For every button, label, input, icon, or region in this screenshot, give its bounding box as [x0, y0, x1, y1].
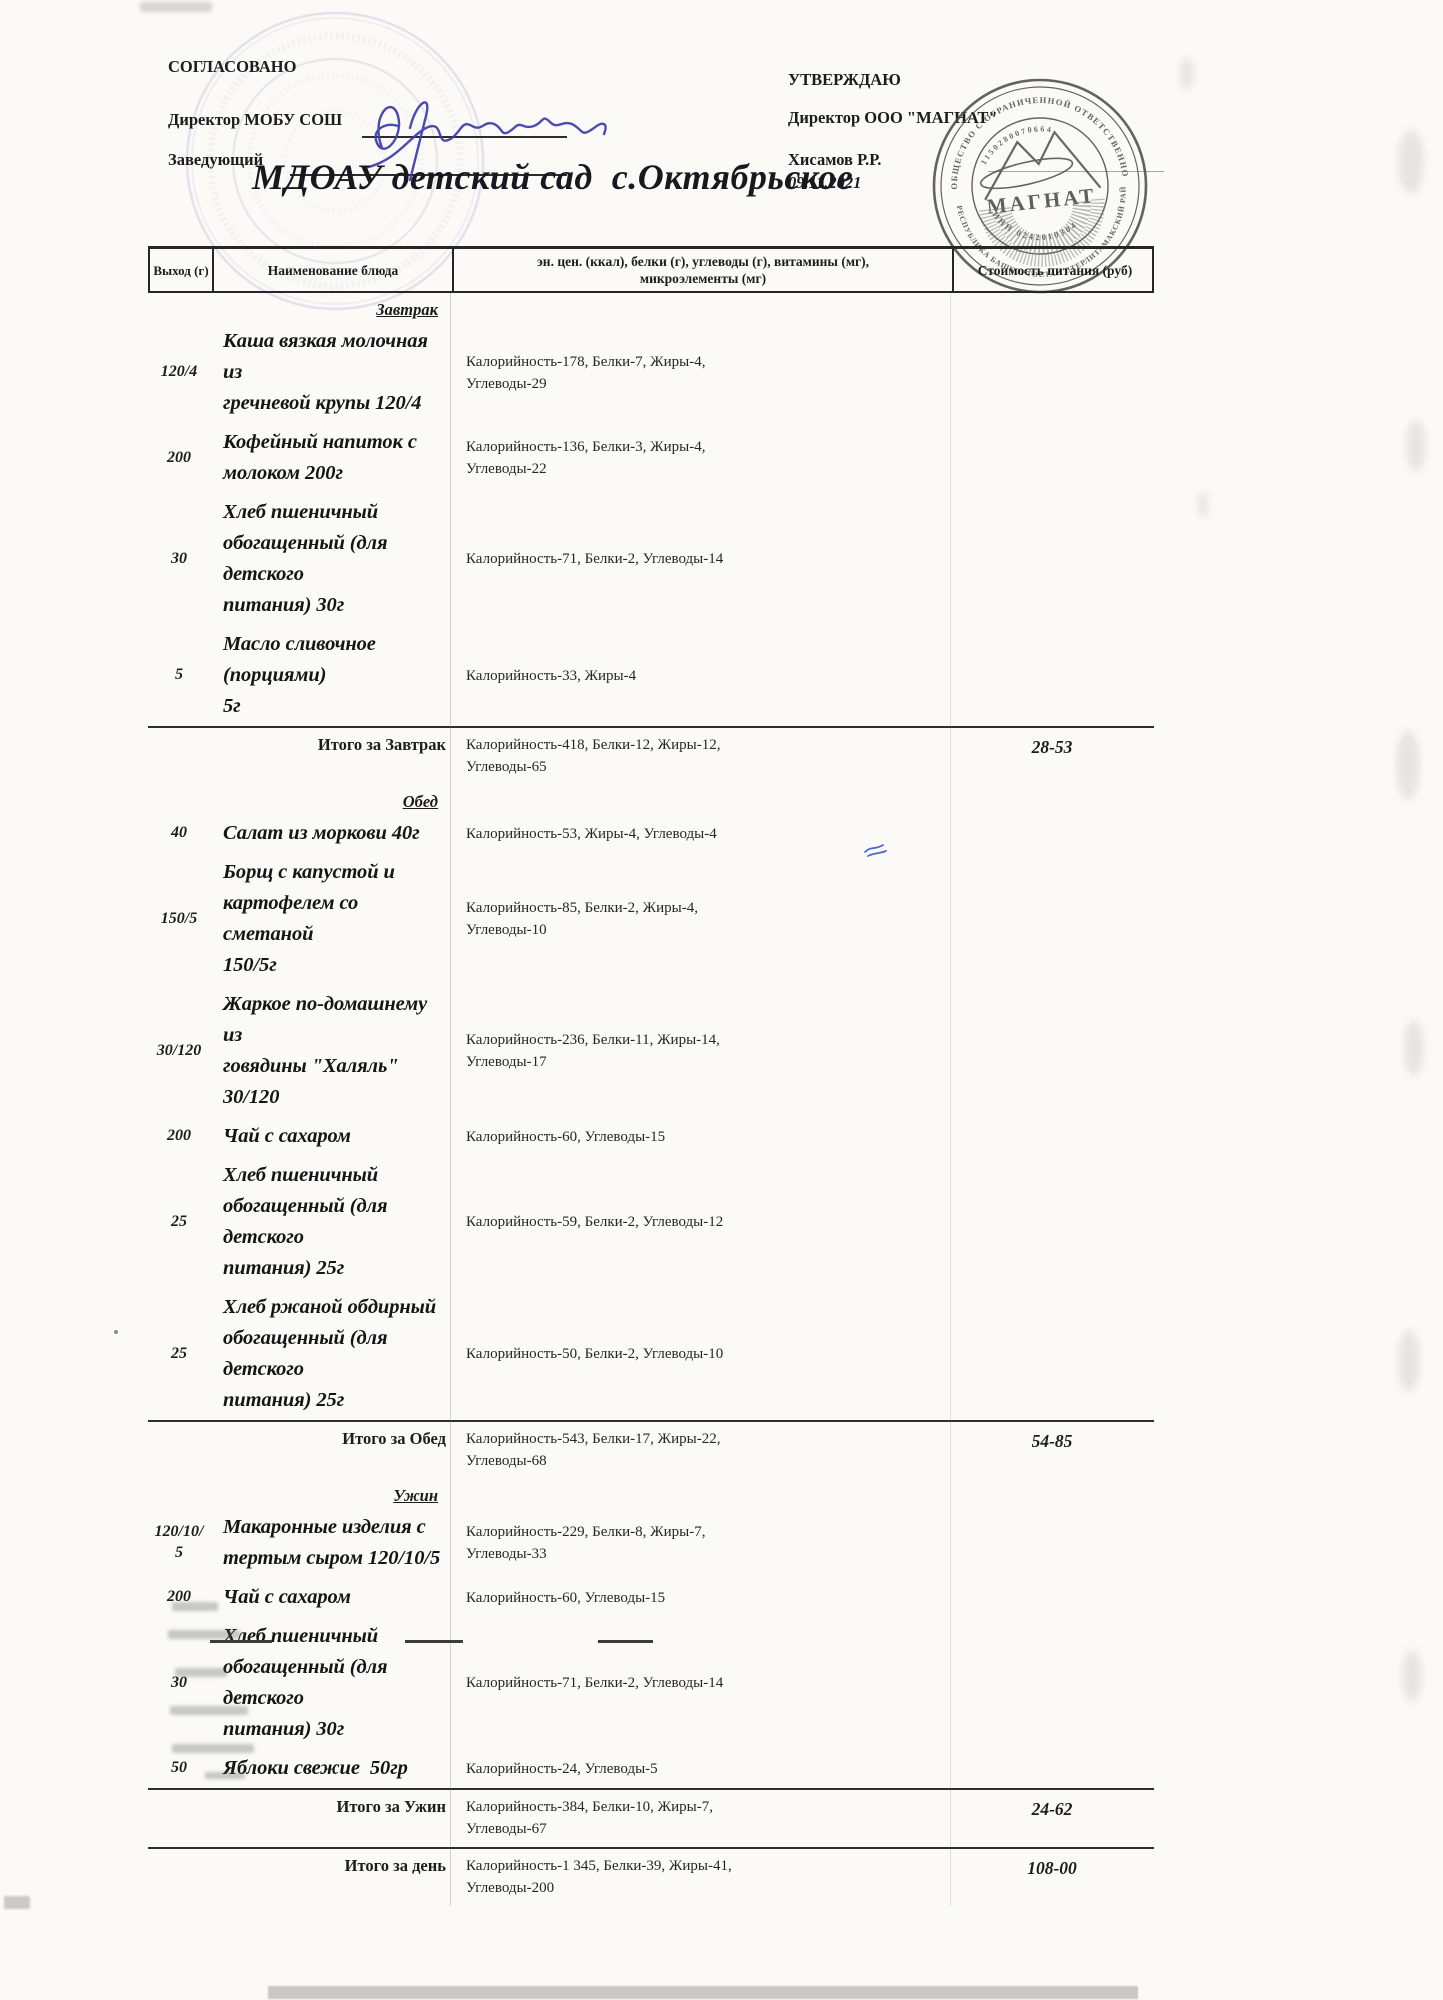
dish-nutrition: Калорийность-85, Белки-2, Жиры-4, Углево…	[450, 897, 950, 941]
nutrition-text: Калорийность-53, Жиры-4, Углеводы-4	[466, 823, 751, 845]
dish-name: Салат из моркови 40г	[210, 818, 450, 849]
nutrition-text: Калорийность-24, Углеводы-5	[466, 1758, 751, 1780]
bleedthrough-mark	[172, 1744, 254, 1753]
header-cost: Стоимость питания (руб)	[952, 249, 1156, 291]
menu-row: 200Чай с сахаромКалорийность-60, Углевод…	[148, 1117, 1154, 1156]
total-label: Итого за Завтрак	[148, 734, 450, 756]
dish-nutrition: Калорийность-59, Белки-2, Углеводы-12	[450, 1211, 950, 1233]
page-title: МДОАУ детский сад с.Октябрьское	[252, 156, 853, 198]
total-cost: 108-00	[950, 1855, 1154, 1879]
menu-row: 150/5Борщ с капустой и картофелем со сме…	[148, 853, 1154, 985]
dish-name: Хлеб пшеничный обогащенный (для детского…	[210, 497, 450, 621]
nutrition-text: Калорийность-60, Углеводы-15	[466, 1587, 751, 1609]
nutrition-text: Калорийность-418, Белки-12, Жиры-12, Угл…	[466, 734, 751, 778]
dish-output: 50	[148, 1758, 210, 1779]
ink-dot	[114, 1330, 118, 1334]
nutrition-text: Калорийность-50, Белки-2, Углеводы-10	[466, 1343, 751, 1365]
nutrition-text: Калорийность-1 345, Белки-39, Жиры-41, У…	[466, 1855, 751, 1899]
dish-name: Яблоки свежие 50гр	[210, 1753, 450, 1784]
nutrition-text: Калорийность-60, Углеводы-15	[466, 1126, 751, 1148]
nutrition-text: Калорийность-229, Белки-8, Жиры-7, Углев…	[466, 1521, 751, 1565]
signature-dash-3	[598, 1640, 653, 1643]
dish-name: Жаркое по-домашнему из говядины "Халяль"…	[210, 989, 450, 1113]
nutrition-text: Калорийность-236, Белки-11, Жиры-14, Угл…	[466, 1029, 751, 1073]
bleedthrough-mark	[175, 1668, 227, 1677]
dish-nutrition: Калорийность-24, Углеводы-5	[450, 1758, 950, 1780]
meal-section-label: Завтрак	[148, 300, 450, 320]
dish-nutrition: Калорийность-60, Углеводы-15	[450, 1126, 950, 1148]
dish-nutrition: Калорийность-50, Белки-2, Углеводы-10	[450, 1343, 950, 1365]
dish-output: 40	[148, 823, 210, 844]
bleedthrough-mark	[170, 1706, 248, 1715]
nutrition-text: Калорийность-136, Белки-3, Жиры-4, Углев…	[466, 436, 751, 480]
dish-output: 25	[148, 1212, 210, 1233]
dish-output: 30	[148, 549, 210, 570]
scan-corner-mark	[140, 2, 212, 12]
dish-nutrition: Калорийность-178, Белки-7, Жиры-4, Углев…	[450, 351, 950, 395]
header-nutrition: эн. цен. (ккал), белки (г), углеводы (г)…	[452, 249, 952, 291]
margin-pencil-mark	[4, 1896, 30, 1909]
dish-nutrition: Калорийность-33, Жиры-4	[450, 665, 950, 687]
dish-output: 120/10/ 5	[148, 1522, 210, 1564]
signature-dash-1	[210, 1640, 272, 1643]
dish-name: Кофейный напиток с молоком 200г	[210, 427, 450, 489]
menu-row: 120/10/ 5Макаронные изделия с тертым сыр…	[148, 1508, 1154, 1578]
meal-section-label: Обед	[148, 792, 450, 812]
agreed-heading: СОГЛАСОВАНО	[168, 57, 296, 77]
nutrition-text: Калорийность-178, Белки-7, Жиры-4, Углев…	[466, 351, 751, 395]
dish-name: Хлеб пшеничный обогащенный (для детского…	[210, 1160, 450, 1284]
dish-output: 30/120	[148, 1041, 210, 1062]
scan-smudge	[1180, 58, 1194, 90]
menu-row: 50Яблоки свежие 50грКалорийность-24, Угл…	[148, 1749, 1154, 1788]
dish-nutrition: Калорийность-236, Белки-11, Жиры-14, Угл…	[450, 1029, 950, 1073]
meal-section-label: Ужин	[148, 1486, 450, 1506]
nutrition-text: Калорийность-59, Белки-2, Углеводы-12	[466, 1211, 751, 1233]
dish-nutrition: Калорийность-71, Белки-2, Углеводы-14	[450, 548, 950, 570]
dish-nutrition: Калорийность-71, Белки-2, Углеводы-14	[450, 1672, 950, 1694]
dish-output: 120/4	[148, 362, 210, 383]
scan-smudge	[1198, 492, 1208, 518]
dish-name: Хлеб ржаной обдирный обогащенный (для де…	[210, 1292, 450, 1416]
agreed-role-director: Директор МОБУ СОШ	[168, 110, 342, 130]
nutrition-text: Калорийность-71, Белки-2, Углеводы-14	[466, 548, 751, 570]
menu-row: 30Хлеб пшеничный обогащенный (для детско…	[148, 1617, 1154, 1749]
menu-row: 5Масло сливочное (порциями) 5гКалорийнос…	[148, 625, 1154, 726]
nutrition-text: Калорийность-543, Белки-17, Жиры-22, Угл…	[466, 1428, 751, 1472]
menu-row: 30/120Жаркое по-домашнему из говядины "Х…	[148, 985, 1154, 1117]
scan-smudge	[1402, 1650, 1422, 1702]
nutrition-text: Калорийность-71, Белки-2, Углеводы-14	[466, 1672, 751, 1694]
dish-output: 200	[148, 448, 210, 469]
meal-section-row: Ужин	[148, 1479, 1154, 1508]
menu-row: 200Чай с сахаромКалорийность-60, Углевод…	[148, 1578, 1154, 1617]
day-total-row: Итого за деньКалорийность-1 345, Белки-3…	[148, 1847, 1154, 1906]
approved-heading: УТВЕРЖДАЮ	[788, 70, 901, 90]
bleedthrough-mark	[172, 1602, 218, 1611]
dish-name: Чай с сахаром	[210, 1582, 450, 1613]
meal-section-row: Завтрак	[148, 293, 1154, 322]
total-label: Итого за Ужин	[148, 1796, 450, 1818]
dish-name: Чай с сахаром	[210, 1121, 450, 1152]
menu-row: 120/4Каша вязкая молочная из гречневой к…	[148, 322, 1154, 423]
bleedthrough-mark	[205, 1772, 245, 1779]
scan-smudge	[1396, 730, 1420, 800]
dish-output: 25	[148, 1344, 210, 1365]
scan-smudge	[1398, 1330, 1420, 1392]
total-nutrition: Калорийность-418, Белки-12, Жиры-12, Угл…	[450, 734, 950, 778]
dish-name: Масло сливочное (порциями) 5г	[210, 629, 450, 722]
agreed-role-head: Заведующий	[168, 150, 263, 170]
dish-output: 200	[148, 1126, 210, 1147]
dish-nutrition: Калорийность-229, Белки-8, Жиры-7, Углев…	[450, 1521, 950, 1565]
bleedthrough-mark	[168, 1630, 240, 1639]
dish-output: 5	[148, 665, 210, 686]
dish-name: Борщ с капустой и картофелем со сметаной…	[210, 857, 450, 981]
meal-section-row: Обед	[148, 785, 1154, 814]
menu-row: 200Кофейный напиток с молоком 200гКалори…	[148, 423, 1154, 493]
menu-row: 40Салат из моркови 40гКалорийность-53, Ж…	[148, 814, 1154, 853]
header-output: Выход (г)	[150, 249, 212, 291]
menu-row: 30Хлеб пшеничный обогащенный (для детско…	[148, 493, 1154, 625]
meal-total-row: Итого за УжинКалорийность-384, Белки-10,…	[148, 1788, 1154, 1847]
nutrition-text: Калорийность-33, Жиры-4	[466, 665, 751, 687]
scanned-menu-page: СОГЛАСОВАНО Директор МОБУ СОШ Заведующий…	[0, 0, 1443, 2000]
scan-edge-strip	[268, 1986, 1138, 1999]
scan-smudge	[1398, 130, 1424, 194]
signature-dash-2	[405, 1640, 463, 1643]
total-cost: 28-53	[950, 734, 1154, 758]
dish-nutrition: Калорийность-136, Белки-3, Жиры-4, Углев…	[450, 436, 950, 480]
scan-smudge	[1404, 1020, 1424, 1076]
nutrition-text: Калорийность-85, Белки-2, Жиры-4, Углево…	[466, 897, 751, 941]
dish-output: 150/5	[148, 909, 210, 930]
dish-name: Макаронные изделия с тертым сыром 120/10…	[210, 1512, 450, 1574]
total-label: Итого за день	[148, 1855, 450, 1877]
menu-row: 25Хлеб ржаной обдирный обогащенный (для …	[148, 1288, 1154, 1420]
meal-total-row: Итого за ЗавтракКалорийность-418, Белки-…	[148, 726, 1154, 785]
dish-nutrition: Калорийность-60, Углеводы-15	[450, 1587, 950, 1609]
header-dish-name: Наименование блюда	[212, 249, 452, 291]
total-nutrition: Калорийность-543, Белки-17, Жиры-22, Угл…	[450, 1428, 950, 1472]
table-header-row: Выход (г) Наименование блюда эн. цен. (к…	[148, 246, 1154, 293]
daily-menu-table: Выход (г) Наименование блюда эн. цен. (к…	[148, 246, 1154, 1906]
menu-row: 25Хлеб пшеничный обогащенный (для детско…	[148, 1156, 1154, 1288]
meal-total-row: Итого за ОбедКалорийность-543, Белки-17,…	[148, 1420, 1154, 1479]
nutrition-text: Калорийность-384, Белки-10, Жиры-7, Угле…	[466, 1796, 751, 1840]
scan-smudge	[1406, 420, 1426, 472]
blue-pen-mark	[862, 842, 892, 860]
total-cost: 24-62	[950, 1796, 1154, 1820]
total-nutrition: Калорийность-384, Белки-10, Жиры-7, Угле…	[450, 1796, 950, 1840]
total-nutrition: Калорийность-1 345, Белки-39, Жиры-41, У…	[450, 1855, 950, 1899]
total-label: Итого за Обед	[148, 1428, 450, 1450]
total-cost: 54-85	[950, 1428, 1154, 1452]
dish-name: Каша вязкая молочная из гречневой крупы …	[210, 326, 450, 419]
table-body: Завтрак120/4Каша вязкая молочная из греч…	[148, 293, 1154, 1906]
